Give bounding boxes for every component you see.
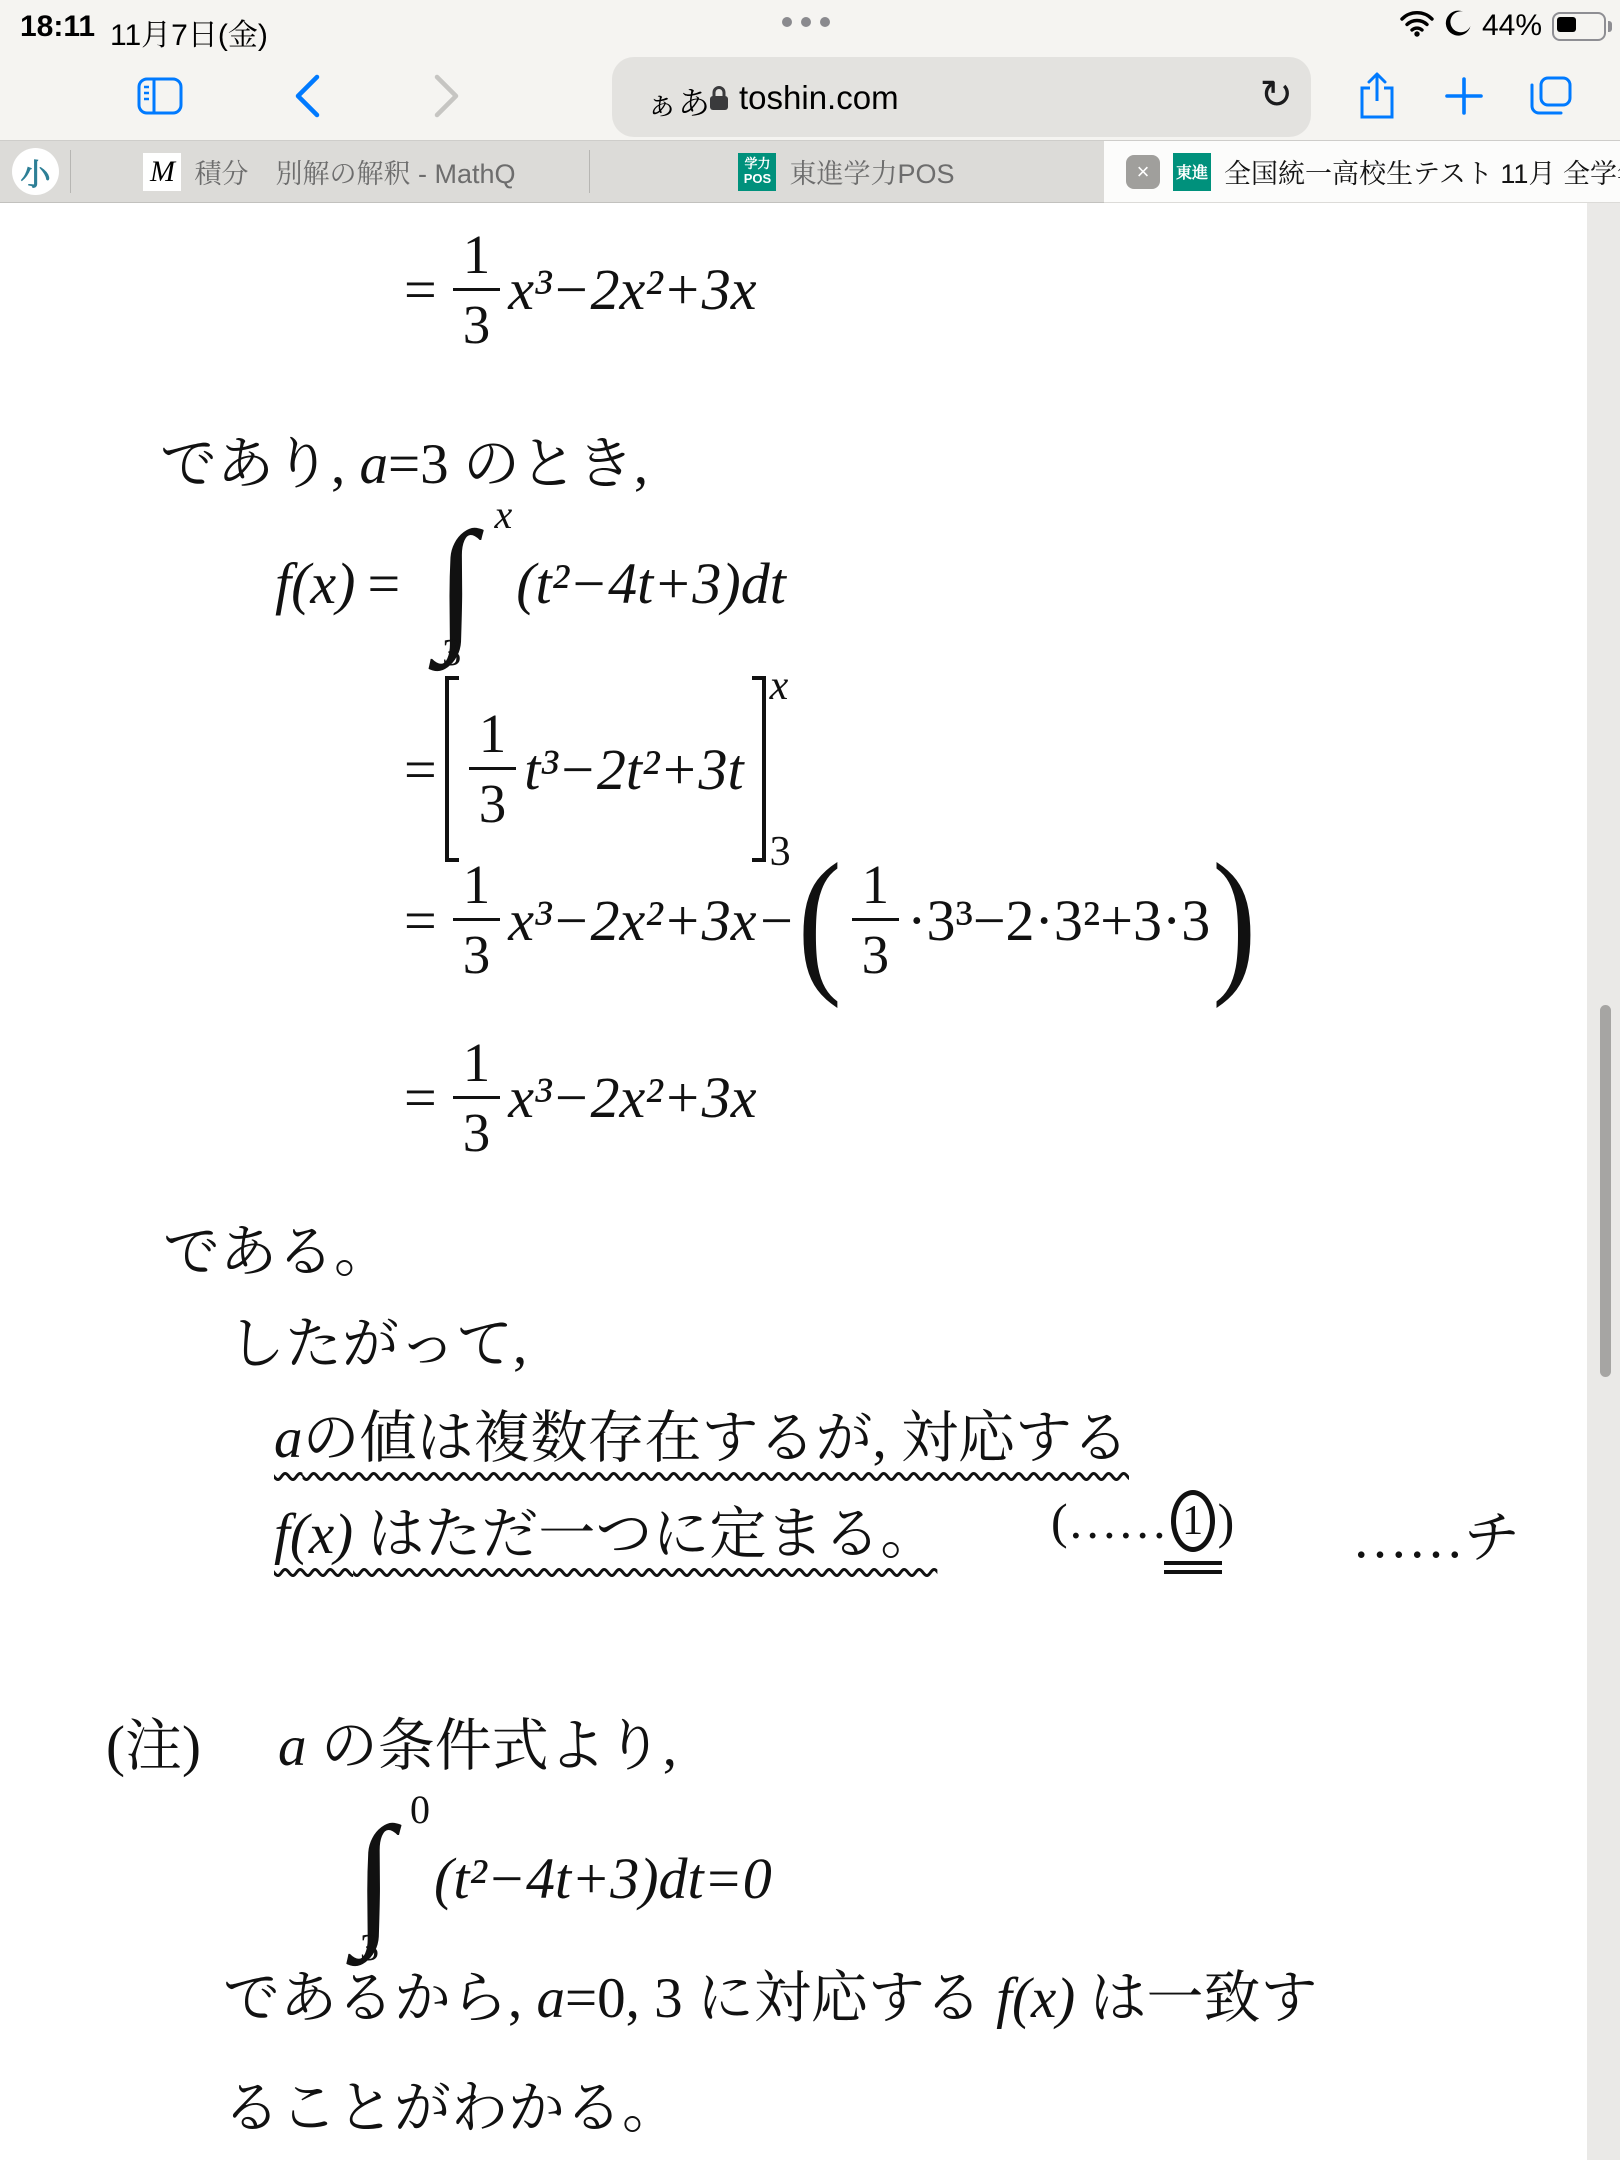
url-group: toshin.com xyxy=(708,79,899,117)
conclusion-line-2: f(x) はただ一つに定まる。 ( …… 1 ) ……チ xyxy=(274,1488,1620,1570)
forward-chevron-icon xyxy=(432,73,462,119)
clock-label: 18:11 xyxy=(20,10,95,44)
reload-button[interactable]: ↻ xyxy=(1259,72,1293,118)
address-bar[interactable]: ぁあ toshin.com ↻ xyxy=(612,57,1311,137)
integral-sign: ∫ 0 3 xyxy=(330,1792,418,1964)
fraction: 1 3 xyxy=(453,1032,501,1163)
circled-one-annotation: ( …… 1 ) xyxy=(1051,1490,1234,1552)
fraction: 1 3 xyxy=(852,854,900,985)
conclusion-line-1: aの値は複数存在するが, 対応する xyxy=(274,1392,1129,1474)
tab-title: 全国統一高校生テスト 11月 全学年… xyxy=(1224,152,1620,191)
share-button[interactable] xyxy=(1358,52,1396,140)
safari-window: 18:11 11月7日(金) 44% ぁあ toshin.com xyxy=(0,0,1620,2160)
formula-expanded: = 1 3 x³−2x²+3x− ( 1 3 ·3³−2·3²+3·3 ) xyxy=(404,854,1258,986)
mathq-favicon: M xyxy=(143,153,181,191)
formula-bracket-evaluation: = 1 3 t³−2t²+3t x 3 xyxy=(404,662,791,876)
formula-final: = 1 3 x³−2x²+3x xyxy=(404,1032,757,1163)
back-chevron-icon xyxy=(292,73,322,119)
fraction: 1 3 xyxy=(453,854,501,985)
note-body-line-1: であるから, a=0, 3 に対応する f(x) は一致す xyxy=(223,1952,1318,2034)
reader-options-button[interactable]: ぁあ xyxy=(646,78,710,124)
tab-title: 積分 別解の解釈 - MathQ xyxy=(194,152,515,191)
sidebar-toggle-button[interactable] xyxy=(136,52,184,140)
plus-icon xyxy=(1444,76,1484,116)
tab-zenkoku-test-active[interactable]: × 東進 全国統一高校生テスト 11月 全学年… xyxy=(1104,141,1620,202)
formula-integral-definition: f(x) = ∫ x 3 (t²−4t+3)dt xyxy=(275,497,786,669)
tabs-icon xyxy=(1528,75,1574,117)
date-label: 11月7日(金) xyxy=(110,10,268,54)
left-paren: ( xyxy=(798,839,842,1000)
tab-toshin-pos[interactable]: 学力 POS 東進学力POS xyxy=(590,141,1103,202)
tab-mathq[interactable]: M 積分 別解の解釈 - MathQ xyxy=(71,141,588,202)
double-underline xyxy=(1164,1561,1222,1574)
share-icon xyxy=(1358,71,1396,121)
fraction: 1 3 xyxy=(469,703,517,834)
text-dearu: である。 xyxy=(163,1206,391,1288)
moon-focus-icon xyxy=(1444,10,1472,43)
status-icons: 44% xyxy=(1400,8,1606,44)
browser-chrome: 18:11 11月7日(金) 44% ぁあ toshin.com xyxy=(0,0,1620,140)
note-body-line-2: ることがわかる。 xyxy=(223,2062,679,2144)
note-intro: a の条件式より, xyxy=(278,1700,677,1782)
battery-percent-label: 44% xyxy=(1482,9,1542,43)
right-paren: ) xyxy=(1212,839,1256,1000)
scrollbar-thumb[interactable] xyxy=(1600,1005,1611,1377)
bracket-bounds: x 3 xyxy=(770,662,791,876)
text-deari: であり, a=3 のとき, xyxy=(160,418,648,500)
tabs-overview-button[interactable] xyxy=(1528,52,1574,140)
tab-bar-divider xyxy=(0,202,1104,203)
circled-number-one: 1 xyxy=(1171,1490,1215,1552)
new-tab-button[interactable] xyxy=(1444,52,1484,140)
toshin-favicon: 東進 xyxy=(1173,153,1211,191)
text-shitagatte: したがって, xyxy=(228,1298,527,1380)
left-bracket xyxy=(445,676,459,862)
multitask-dots xyxy=(782,17,830,27)
formula-antiderivative: = 1 3 x³−2x²+3x xyxy=(404,224,757,355)
gakuryoku-pos-favicon: 学力 POS xyxy=(738,153,776,191)
fraction: 1 3 xyxy=(453,224,501,355)
forward-button[interactable] xyxy=(432,52,462,140)
answer-label-chi: ……チ xyxy=(1352,1494,1520,1574)
lock-icon xyxy=(708,84,730,112)
battery-icon xyxy=(1552,12,1606,41)
pinned-tab[interactable]: 小 xyxy=(12,148,59,195)
back-button[interactable] xyxy=(292,52,322,140)
tab-title: 東進学力POS xyxy=(789,152,954,191)
formula-note-integral: ∫ 0 3 (t²−4t+3)dt=0 xyxy=(330,1792,772,1964)
tab-close-button[interactable]: × xyxy=(1126,155,1160,189)
note-label: (注) xyxy=(106,1700,201,1782)
pinned-tab-favicon: 小 xyxy=(21,150,51,194)
wifi-icon xyxy=(1400,10,1434,42)
sidebar-icon xyxy=(136,76,184,116)
integral-sign: ∫ x 3 xyxy=(412,497,500,669)
url-label: toshin.com xyxy=(739,79,899,117)
right-bracket xyxy=(752,676,766,862)
